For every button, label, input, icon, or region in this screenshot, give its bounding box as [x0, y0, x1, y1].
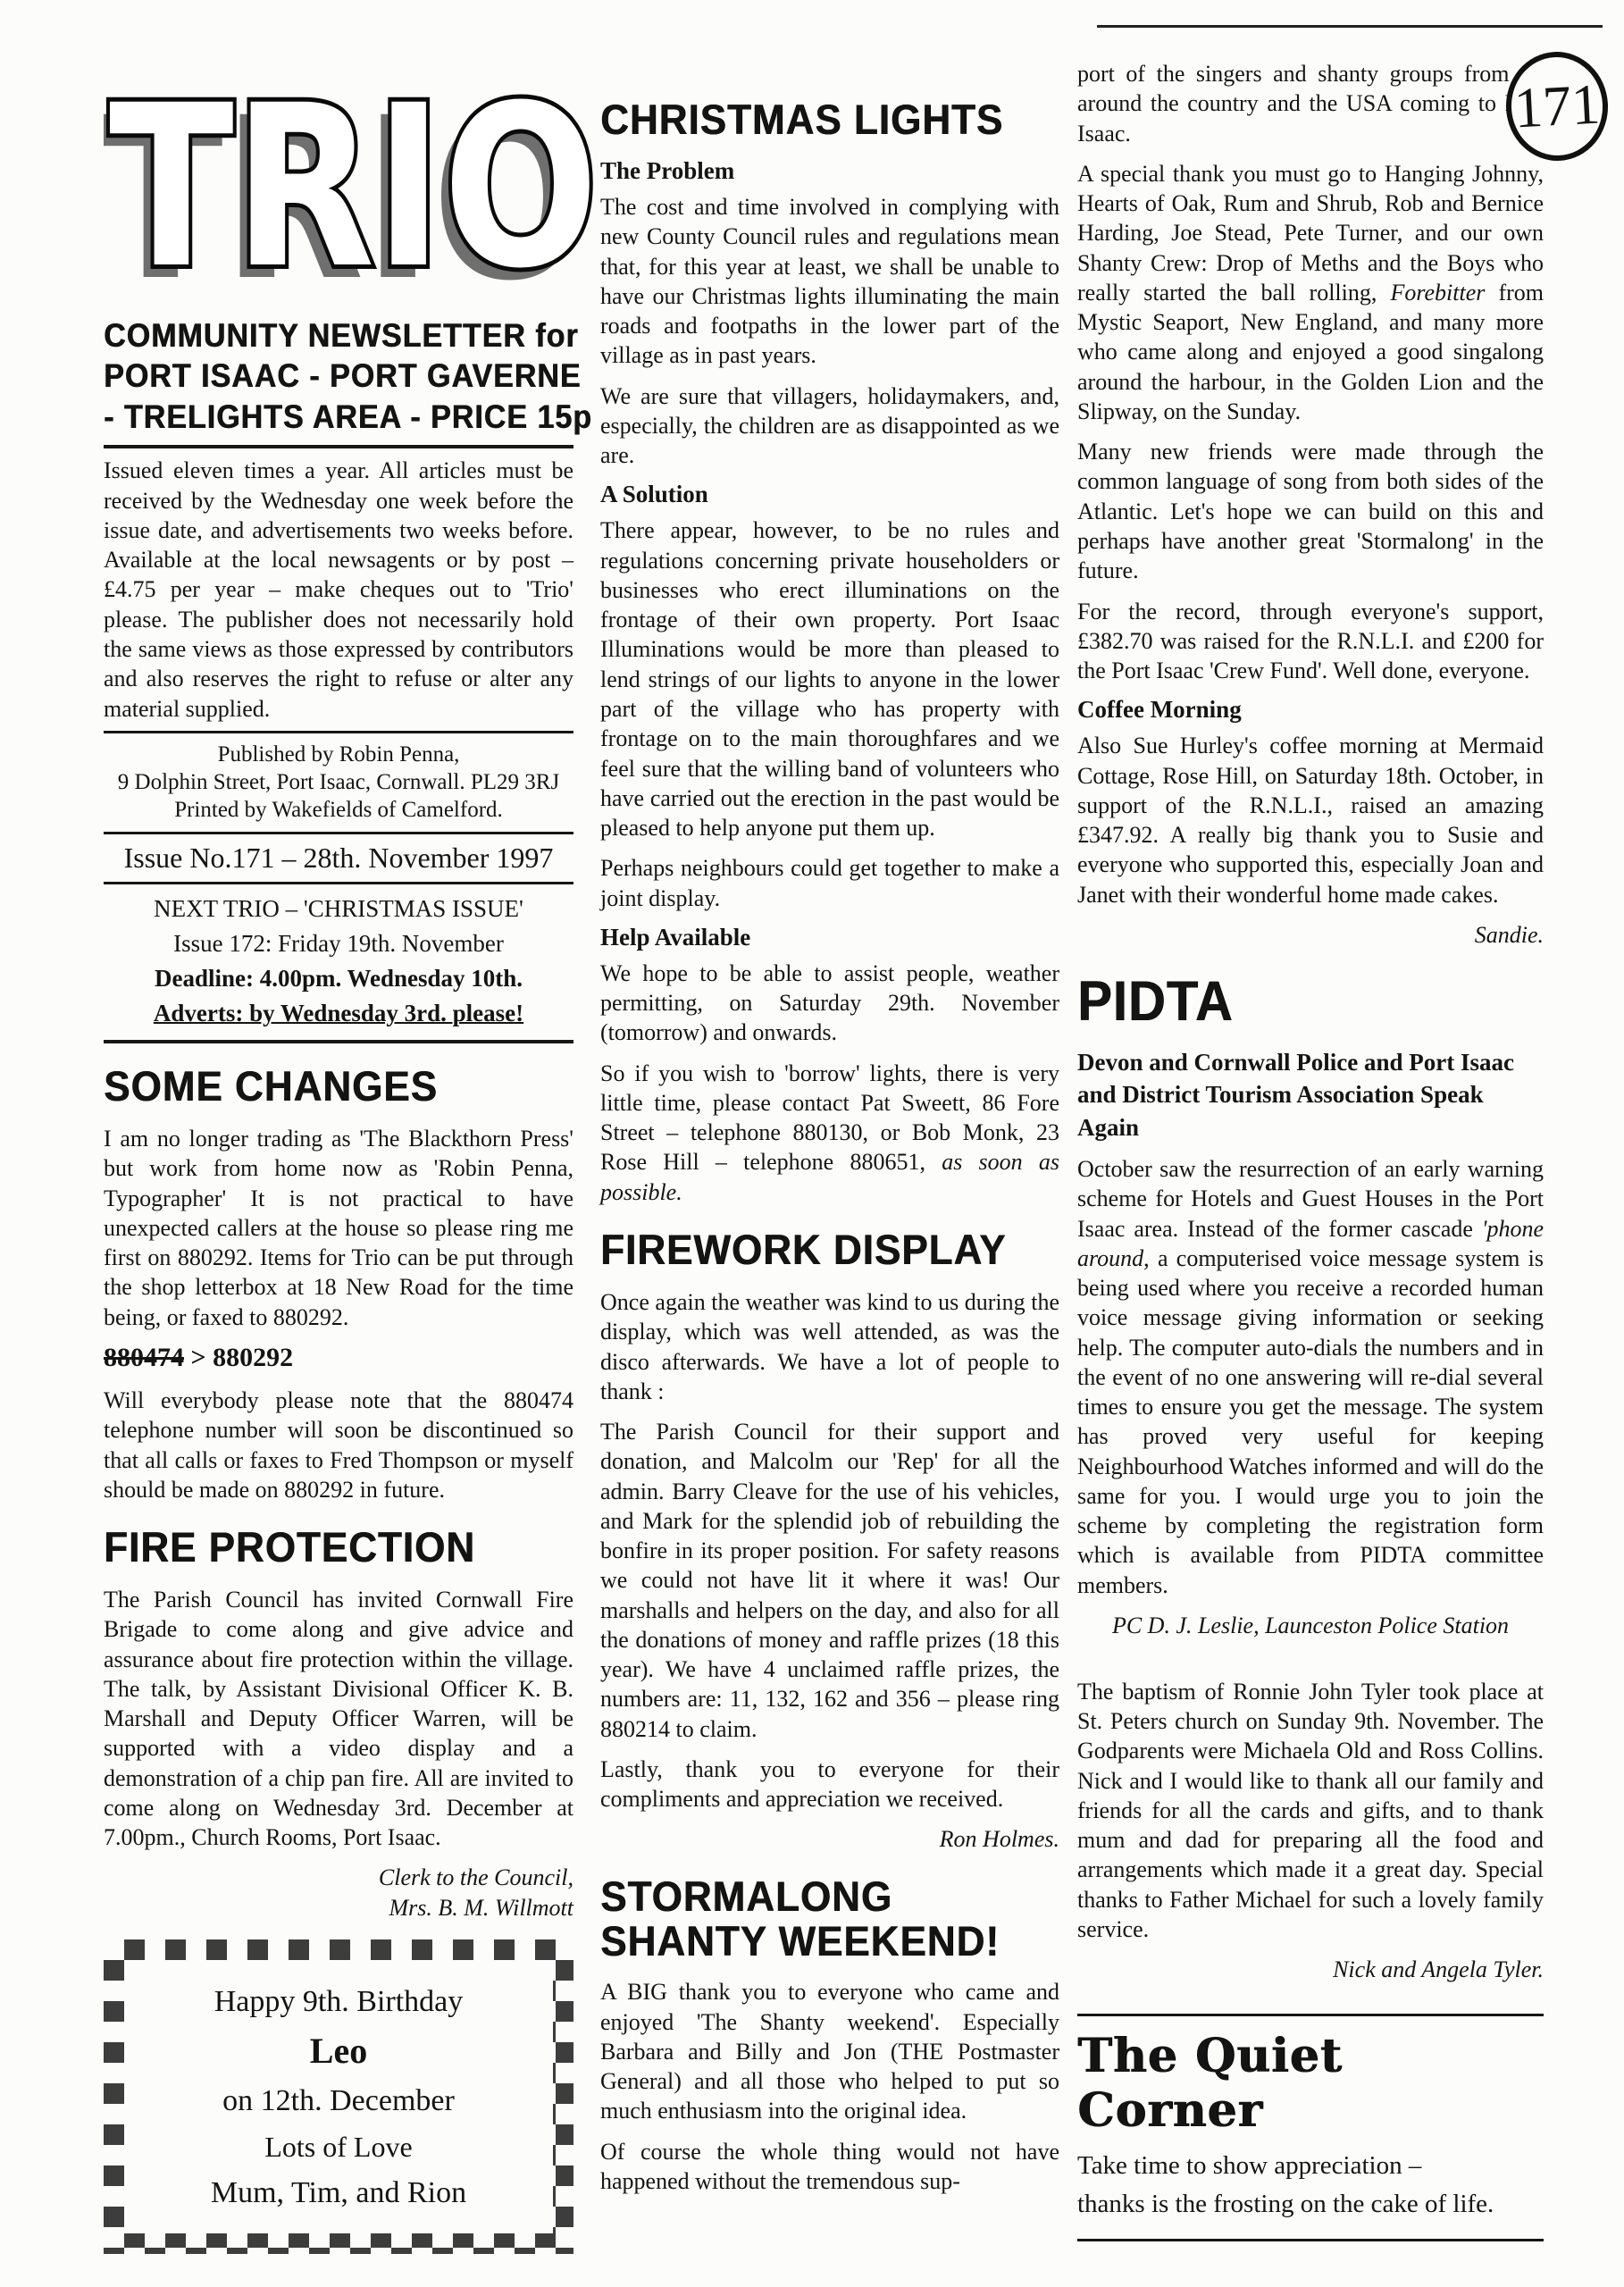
paragraph: The baptism of Ronnie John Tyler took pl…: [1077, 1677, 1544, 1944]
birthday-line-1: Happy 9th. Birthday: [133, 1985, 544, 2019]
masthead-tagline-2: PORT ISAAC - PORT GAVERNE: [104, 357, 573, 398]
publisher-line-2: 9 Dolphin Street, Port Isaac, Cornwall. …: [104, 768, 573, 796]
birthday-advert-inner: Happy 9th. Birthday Leo on 12th. Decembe…: [124, 1960, 553, 2233]
birthday-advert-box: Happy 9th. Birthday Leo on 12th. Decembe…: [104, 1939, 573, 2254]
publisher-line-3: Printed by Wakefields of Camelford.: [104, 796, 573, 824]
quiet-corner-text: Take time to show appreciation – thanks …: [1077, 2147, 1544, 2224]
next-trio-block: NEXT TRIO – 'CHRISTMAS ISSUE' Issue 172:…: [104, 892, 573, 1032]
issue-line: Issue No.171 – 28th. November 1997: [104, 842, 573, 875]
signature-sandie: Sandie.: [1077, 920, 1544, 951]
trio-logo: TRIO TRIO: [104, 46, 600, 316]
paragraph-text: , a computerised voice message system is…: [1077, 1245, 1544, 1598]
new-phone-number: > 880292: [184, 1343, 293, 1372]
trio-logo-text: TRIO: [109, 57, 599, 316]
next-trio-deadline: Deadline: 4.00pm. Wednesday 10th.: [104, 961, 573, 996]
paragraph-italic-forebitter: Forebitter: [1390, 280, 1485, 306]
paragraph: Of course the whole thing would not have…: [600, 2137, 1059, 2197]
paragraph: Will everybody please note that the 8804…: [104, 1386, 573, 1504]
section-title-stormalong-2: SHANTY WEEKEND!: [600, 1919, 1059, 1964]
divider: [104, 832, 573, 834]
masthead-tagline-3: - TRELIGHTS AREA - PRICE 15p: [104, 398, 573, 439]
paragraph: The cost and time involved in complying …: [600, 192, 1059, 371]
signature-clerk: Clerk to the Council, Mrs. B. M. Willmot…: [104, 1863, 573, 1923]
paragraph: October saw the resurrection of an early…: [1077, 1154, 1544, 1600]
subhead-the-problem: The Problem: [600, 157, 1059, 185]
birthday-line-4: Lots of Love: [133, 2131, 544, 2164]
section-title-pidta: PIDTA: [1077, 968, 1544, 1033]
divider: [104, 882, 573, 884]
section-title-some-changes: SOME CHANGES: [104, 1063, 573, 1111]
quiet-corner-line-2: thanks is the frosting on the cake of li…: [1077, 2185, 1544, 2224]
publisher-block: Published by Robin Penna, 9 Dolphin Stre…: [104, 741, 573, 825]
subhead-coffee-morning: Coffee Morning: [1077, 696, 1544, 724]
subhead-a-solution: A Solution: [600, 481, 1059, 508]
divider: [1077, 2014, 1544, 2016]
column-right: port of the singers and shanty groups fr…: [1077, 59, 1544, 2249]
phone-change-line: 880474 > 880292: [104, 1343, 573, 1373]
paragraph: We are sure that villagers, holidaymaker…: [600, 381, 1059, 471]
divider: [104, 731, 573, 733]
quiet-corner-line-1: Take time to show appreciation –: [1077, 2147, 1544, 2186]
section-title-fire-protection: FIRE PROTECTION: [104, 1524, 573, 1572]
signature-line-1: Clerk to the Council,: [104, 1863, 573, 1893]
paragraph: Many new friends were made through the c…: [1077, 437, 1544, 585]
masthead-info: Issued eleven times a year. All articles…: [104, 456, 573, 723]
publisher-line-1: Published by Robin Penna,: [104, 741, 573, 768]
section-title-quiet-corner: The Quiet Corner: [1077, 2029, 1544, 2138]
section-title-stormalong-1: STORMALONG: [600, 1874, 1059, 1920]
birthday-name: Leo: [133, 2030, 544, 2072]
paragraph: The Parish Council for their support and…: [600, 1417, 1059, 1744]
masthead-tagline-1: COMMUNITY NEWSLETTER for: [104, 317, 573, 357]
paragraph: A BIG thank you to everyone who came and…: [600, 1977, 1059, 2125]
column-left: TRIO TRIO COMMUNITY NEWSLETTER for PORT …: [104, 46, 573, 2254]
divider: [104, 1040, 573, 1043]
spacer: [1077, 1650, 1544, 1677]
paragraph: A special thank you must go to Hanging J…: [1077, 159, 1544, 426]
next-trio-line-2: Issue 172: Friday 19th. November: [104, 926, 573, 961]
paragraph: I am no longer trading as 'The Blackthor…: [104, 1124, 573, 1332]
signature-tyler: Nick and Angela Tyler.: [1077, 1955, 1544, 1985]
paragraph: port of the singers and shanty groups fr…: [1077, 59, 1544, 148]
pidta-subtitle: Devon and Cornwall Police and Port Isaac…: [1077, 1046, 1544, 1143]
paragraph: The Parish Council has invited Cornwall …: [104, 1585, 573, 1852]
paragraph: Also Sue Hurley's coffee morning at Merm…: [1077, 731, 1544, 909]
section-title-christmas-lights: CHRISTMAS LIGHTS: [600, 96, 1059, 145]
paragraph: Perhaps neighbours could get together to…: [600, 853, 1059, 913]
paragraph: So if you wish to 'borrow' lights, there…: [600, 1059, 1059, 1207]
paragraph: There appear, however, to be no rules an…: [600, 515, 1059, 842]
paragraph: We hope to be able to assist people, wea…: [600, 959, 1059, 1048]
next-trio-adverts: Adverts: by Wednesday 3rd. please!: [104, 996, 573, 1031]
birthday-line-5: Mum, Tim, and Rion: [133, 2176, 544, 2210]
section-title-firework-display: FIREWORK DISPLAY: [600, 1227, 1059, 1275]
next-trio-line-1: NEXT TRIO – 'CHRISTMAS ISSUE': [104, 892, 573, 926]
newsletter-page: 171 TRIO TRIO COMMUNITY NEWSLETTER for P…: [0, 0, 1624, 2287]
column-middle: CHRISTMAS LIGHTS The Problem The cost an…: [600, 100, 1059, 2207]
birthday-line-3: on 12th. December: [133, 2084, 544, 2118]
spacer: [1077, 1994, 1544, 2006]
divider: [1077, 2239, 1544, 2241]
page-number: 171: [1512, 71, 1602, 142]
subhead-help-available: Help Available: [600, 924, 1059, 951]
divider: [104, 445, 573, 448]
paragraph: For the record, through everyone's suppo…: [1077, 597, 1544, 686]
old-phone-number: 880474: [104, 1343, 184, 1372]
top-rule: [1097, 25, 1603, 28]
paragraph: Once again the weather was kind to us du…: [600, 1287, 1059, 1406]
signature-line-2: Mrs. B. M. Willmott: [104, 1893, 573, 1923]
signature-ron-holmes: Ron Holmes.: [600, 1824, 1059, 1855]
paragraph: Lastly, thank you to everyone for their …: [600, 1755, 1059, 1814]
signature-pc-leslie: PC D. J. Leslie, Launceston Police Stati…: [1077, 1611, 1544, 1641]
paragraph-text: October saw the resurrection of an early…: [1077, 1156, 1544, 1242]
